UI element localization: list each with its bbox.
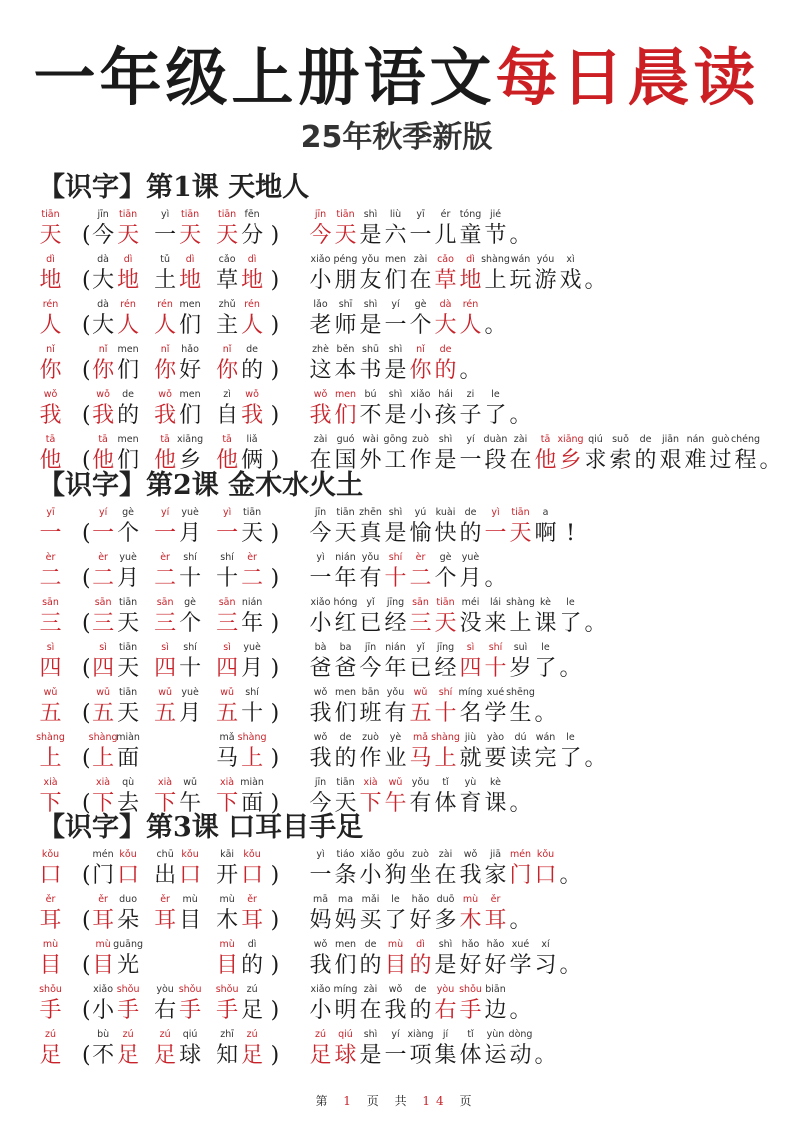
hanzi: 个 — [117, 520, 139, 548]
sentence-char: mù目 — [383, 938, 408, 980]
target-character: èr二 — [38, 551, 63, 593]
hanzi: 口 — [39, 862, 61, 890]
title-black: 一年级上册语文 — [33, 41, 495, 114]
hanzi: 名 — [459, 700, 481, 728]
pinyin: dì — [186, 253, 195, 267]
pinyin: shǒu — [39, 983, 62, 997]
pinyin: běn — [337, 343, 355, 357]
hanzi: 的 — [241, 357, 263, 385]
word-group: (wǔ五tiān天wǔ五yuè月wǔ五shí十) — [82, 686, 279, 728]
sentence-char: men们 — [333, 388, 358, 430]
pinyin: jīn — [97, 208, 108, 222]
pinyin: ěr — [160, 893, 170, 907]
pinyin: zú — [247, 983, 258, 997]
pinyin: wán — [536, 731, 556, 745]
sentence-char: zhēn真 — [358, 506, 383, 548]
pinyin: hǎo — [412, 893, 430, 907]
sentence-char: èr二 — [408, 551, 433, 593]
hanzi: 马 — [409, 745, 431, 773]
sentence-char: shì是 — [383, 343, 408, 385]
hanzi: 班 — [359, 700, 381, 728]
hanzi: 岁 — [509, 655, 531, 683]
hanzi: 了 — [534, 655, 556, 683]
hanzi: 上 — [92, 745, 114, 773]
sentence-char: dì地 — [458, 253, 483, 295]
pinyin: shì — [439, 433, 453, 447]
hanzi: 五 — [154, 700, 176, 728]
word-char: hǎo好 — [178, 343, 203, 385]
word-char: mù木 — [215, 893, 240, 935]
word-char: shàng上 — [91, 731, 116, 773]
pinyin: dà — [97, 253, 109, 267]
sentence-char: xiǎo小 — [308, 596, 333, 638]
word: nǐ你de的 — [215, 343, 271, 385]
pinyin: kè — [540, 596, 551, 610]
pinyin: mù — [219, 938, 234, 952]
sentence-char: yóu游 — [533, 253, 558, 295]
word — [153, 938, 209, 980]
word-char: yí一 — [153, 506, 178, 548]
sentence-char: 。 — [508, 983, 533, 1025]
sentence-char: yuè月 — [458, 551, 483, 593]
pinyin: dì — [416, 938, 425, 952]
sentence-char: xì戏 — [558, 253, 583, 295]
hanzi: 红 — [334, 610, 356, 638]
hanzi: 在 — [434, 862, 456, 890]
pinyin: shì — [364, 208, 378, 222]
pinyin: zuò — [412, 848, 429, 862]
word-char: yuè月 — [178, 686, 203, 728]
word: wǒ我de的 — [91, 388, 147, 430]
hanzi: 了 — [384, 907, 406, 935]
pinyin: kè — [490, 776, 501, 790]
hanzi: 天 — [509, 520, 531, 548]
pinyin: ba — [340, 641, 352, 655]
hanzi: 三 — [216, 610, 238, 638]
pinyin: zú — [315, 1028, 326, 1042]
pinyin: men — [180, 298, 201, 312]
word-char: shàng上 — [240, 731, 265, 773]
word-char: dà大 — [91, 298, 116, 340]
parenthesis: ) — [271, 893, 280, 935]
pinyin: kāi — [220, 848, 234, 862]
pinyin: biān — [485, 983, 506, 997]
pinyin: yí — [161, 506, 169, 520]
pinyin: jīng — [387, 596, 404, 610]
pinyin: duō — [437, 893, 455, 907]
word-char: sān三 — [215, 596, 240, 638]
pinyin: mǎ — [220, 731, 235, 745]
example-sentence: zú足qiú球shì是yí一xiàng项jí集tǐ体yùn运dòng动。 — [308, 1028, 558, 1070]
sentence-char: jīng经 — [433, 641, 458, 683]
target-character: sān三 — [38, 596, 63, 638]
hanzi: 四 — [216, 655, 238, 683]
sentence-char: 。 — [558, 938, 583, 980]
hanzi: 生 — [509, 700, 531, 728]
hanzi: 四 — [459, 655, 481, 683]
sentence-char: mén门 — [508, 848, 533, 890]
pinyin: wài — [362, 433, 378, 447]
pinyin: shì — [364, 298, 378, 312]
hanzi: 一 — [484, 520, 506, 548]
pinyin: tiān — [243, 506, 261, 520]
sentence-char: sì四 — [458, 641, 483, 683]
word: yí一gè个 — [91, 506, 147, 548]
pinyin: zuò — [412, 433, 429, 447]
hanzi: 作 — [359, 745, 381, 773]
pinyin: tiān — [218, 208, 236, 222]
sentence-char: wǒ我 — [458, 848, 483, 890]
pinyin: tǐ — [467, 1028, 473, 1042]
pinyin: zú — [247, 1028, 258, 1042]
hanzi: 手 — [459, 997, 481, 1025]
sentence-char: jīn今 — [308, 506, 333, 548]
pinyin: dòng — [509, 1028, 533, 1042]
sentence-char: tiáo条 — [333, 848, 358, 890]
pinyin: shì — [364, 1028, 378, 1042]
pinyin: shū — [362, 343, 379, 357]
hanzi: 好 — [179, 357, 201, 385]
pinyin: nǐ — [46, 343, 55, 357]
sentence-char: wǒ我 — [383, 983, 408, 1025]
sentence-char: yǒu友 — [358, 253, 383, 295]
sentence-char: yí一 — [383, 1028, 408, 1070]
sentence-char: jīn今 — [308, 208, 333, 250]
hanzi: 。 — [509, 997, 531, 1025]
hanzi: 是 — [359, 312, 381, 340]
sentence-char: jí集 — [433, 1028, 458, 1070]
pinyin: wǒ — [158, 388, 172, 402]
target-character: mù目 — [38, 938, 63, 980]
pinyin: èr — [98, 551, 108, 565]
sentence-char: méi没 — [458, 596, 483, 638]
hanzi: 学 — [509, 952, 531, 980]
hanzi: 家 — [484, 862, 506, 890]
word: mù目guāng光 — [91, 938, 147, 980]
sentence-char: tiān天 — [333, 506, 358, 548]
sentence-char: wán玩 — [508, 253, 533, 295]
hanzi: 我 — [92, 402, 114, 430]
word-char: sān三 — [91, 596, 116, 638]
hanzi: 五 — [216, 700, 238, 728]
word: wǔ五yuè月 — [153, 686, 209, 728]
target-char: rén人 — [38, 298, 63, 340]
pinyin: tā — [160, 433, 170, 447]
example-sentence: jīn今tiān天zhēn真shì是yú愉kuài快de的yì一tiān天a啊! — [308, 506, 583, 548]
parenthesis: ( — [82, 298, 91, 340]
word-group: (nǐ你men们nǐ你hǎo好nǐ你de的) — [82, 343, 279, 385]
pinyin: kǒu — [181, 848, 198, 862]
word-char: zú足 — [116, 1028, 141, 1070]
sentence-char: ma妈 — [333, 893, 358, 935]
hanzi: 人 — [39, 312, 61, 340]
parenthesis: ) — [271, 253, 280, 295]
character-row: shàng上(shàng上miàn面mǎ马shàng上)wǒ我de的zuò作yè… — [38, 731, 778, 776]
word-char: tiān天 — [116, 596, 141, 638]
word-char: tiān天 — [178, 208, 203, 250]
hanzi: 分 — [241, 222, 263, 250]
sentence-char: nián年 — [383, 641, 408, 683]
word-char: yuè月 — [240, 641, 265, 683]
sentence-char: duō多 — [433, 893, 458, 935]
pinyin: yòu — [156, 983, 173, 997]
hanzi: 人 — [459, 312, 481, 340]
word: shǒu手zú足 — [215, 983, 271, 1025]
sentence-char: shì是 — [358, 1028, 383, 1070]
pinyin: shí — [220, 551, 234, 565]
hanzi: 十 — [434, 700, 456, 728]
pinyin: xiǎo — [311, 253, 331, 267]
sentence-char: xiǎo小 — [308, 983, 333, 1025]
hanzi: 一 — [92, 520, 114, 548]
pinyin: shàng — [89, 731, 118, 745]
sentence-char: yǐ已 — [408, 641, 433, 683]
pinyin: mù — [43, 938, 58, 952]
hanzi: 今 — [309, 520, 331, 548]
word-char: sì四 — [91, 641, 116, 683]
hanzi: 我 — [384, 997, 406, 1025]
pinyin: zài — [314, 433, 327, 447]
sentence-char: shàng上 — [433, 731, 458, 773]
sentence-char: shū书 — [358, 343, 383, 385]
pinyin: xì — [566, 253, 574, 267]
sentence-char: yǒu有 — [358, 551, 383, 593]
hanzi: 草 — [216, 267, 238, 295]
target-char: sān三 — [38, 596, 63, 638]
pinyin: hǎo — [181, 343, 199, 357]
pinyin: tiān — [119, 686, 137, 700]
sentence-char: 。 — [558, 641, 583, 683]
hanzi: 书 — [359, 357, 381, 385]
pinyin: zài — [439, 848, 452, 862]
pinyin: xiāng — [177, 433, 203, 447]
hanzi: 我 — [241, 402, 263, 430]
pinyin: yuè — [462, 551, 480, 565]
hanzi: 们 — [334, 700, 356, 728]
footer-mid: 页 共 — [367, 1094, 413, 1108]
pinyin: gè — [415, 298, 427, 312]
word-group: (ěr耳duo朵ěr耳mù目mù木ěr耳) — [82, 893, 279, 935]
word-char: mù目 — [215, 938, 240, 980]
hanzi: 了 — [559, 610, 581, 638]
pinyin: tiān — [181, 208, 199, 222]
word-char: wǒ我 — [240, 388, 265, 430]
hanzi: 。 — [559, 862, 581, 890]
word-char: zhǔ主 — [215, 298, 240, 340]
hanzi: 月 — [241, 655, 263, 683]
lesson-heading: 【识字】第2课 金木水火土 — [38, 466, 778, 506]
sentence-char: wán完 — [533, 731, 558, 773]
pinyin: xiàng — [407, 1028, 433, 1042]
pinyin: le — [566, 731, 574, 745]
hanzi: 你 — [409, 357, 431, 385]
pinyin: yù — [465, 776, 477, 790]
target-character: sì四 — [38, 641, 63, 683]
hanzi: 戏 — [559, 267, 581, 295]
hanzi: 一 — [409, 222, 431, 250]
sentence-char: xiǎo小 — [308, 253, 333, 295]
hanzi: 面 — [117, 745, 139, 773]
pinyin: qiú — [588, 433, 603, 447]
pinyin: dì — [466, 253, 475, 267]
total-pages: 14 — [422, 1094, 449, 1108]
hanzi: 有 — [359, 565, 381, 593]
hanzi: 。 — [584, 267, 606, 295]
word: sì四tiān天 — [91, 641, 147, 683]
pinyin: yí — [466, 433, 474, 447]
hanzi: 们 — [384, 267, 406, 295]
hanzi: 已 — [409, 655, 431, 683]
word-group: (bù不zú足zú足qiú球zhī知zú足) — [82, 1028, 279, 1070]
pinyin: shí — [183, 551, 197, 565]
pinyin: wǒ — [389, 983, 403, 997]
word-char: shí十 — [178, 551, 203, 593]
hanzi: 。 — [509, 222, 531, 250]
pinyin: kǒu — [243, 848, 260, 862]
parenthesis: ( — [82, 596, 91, 638]
hanzi: 天 — [179, 222, 201, 250]
hanzi: 游 — [534, 267, 556, 295]
sentence-char: hǎo好 — [408, 893, 433, 935]
pinyin: de — [440, 343, 452, 357]
hanzi: 完 — [534, 745, 556, 773]
pinyin: qiú — [338, 1028, 353, 1042]
pinyin: men — [118, 433, 139, 447]
hanzi: 三 — [154, 610, 176, 638]
sentence-char: shì是 — [358, 298, 383, 340]
sentence-char: le了 — [558, 731, 583, 773]
sentence-char: zuò坐 — [408, 848, 433, 890]
parenthesis: ) — [271, 596, 280, 638]
hanzi: 不 — [359, 402, 381, 430]
word-char: bù不 — [91, 1028, 116, 1070]
hanzi: 五 — [39, 700, 61, 728]
sentence-char: jié节 — [483, 208, 508, 250]
hanzi: 三 — [92, 610, 114, 638]
sentence-char: yí一 — [383, 298, 408, 340]
pinyin: shàng — [238, 731, 267, 745]
word-char: tiān天 — [240, 506, 265, 548]
hanzi: 口 — [117, 862, 139, 890]
word: shàng上miàn面 — [91, 731, 147, 773]
word: chū出kǒu口 — [153, 848, 209, 890]
page-footer: 第 1 页 共 14 页 — [0, 1092, 793, 1109]
hanzi: 今 — [92, 222, 114, 250]
example-sentence: mā妈ma妈mǎi买le了hǎo好duō多mù木ěr耳。 — [308, 893, 533, 935]
word: sì四yuè月 — [215, 641, 271, 683]
hanzi: 十 — [384, 565, 406, 593]
hanzi: 儿 — [434, 222, 456, 250]
sentence-char: men们 — [333, 686, 358, 728]
word-char: kǒu口 — [240, 848, 265, 890]
word-char: miàn面 — [116, 731, 141, 773]
word: mù木ěr耳 — [215, 893, 271, 935]
pinyin: kǒu — [537, 848, 554, 862]
sentence-char: dà大 — [433, 298, 458, 340]
sentence-char: 。 — [508, 388, 533, 430]
pinyin: wǒ — [464, 848, 478, 862]
hanzi: 开 — [216, 862, 238, 890]
hanzi: 子 — [459, 402, 481, 430]
hanzi: 。 — [509, 402, 531, 430]
word-char: èr二 — [91, 551, 116, 593]
hanzi: 今 — [359, 655, 381, 683]
hanzi: 。 — [484, 312, 506, 340]
example-sentence: wǒ我men们de的mù目dì的shì是hǎo好hǎo好xué学xí习。 — [308, 938, 583, 980]
page-subtitle: 25年秋季新版 — [0, 118, 793, 158]
hanzi: 你 — [92, 357, 114, 385]
pinyin: tiān — [336, 208, 354, 222]
sentence-char: jīn今 — [358, 641, 383, 683]
word: dà大rén人 — [91, 298, 147, 340]
sentence-char: le了 — [383, 893, 408, 935]
word: sān三nián年 — [215, 596, 271, 638]
sentence-char: xué学 — [483, 686, 508, 728]
sentence-char: lǎo老 — [308, 298, 333, 340]
hanzi: 出 — [154, 862, 176, 890]
word-group: (yí一gè个yí一yuè月yì一tiān天) — [82, 506, 279, 548]
hanzi: 小 — [309, 997, 331, 1025]
lesson-section-2: 【识字】第2课 金木水火土yī一(yí一gè个yí一yuè月yì一tiān天)j… — [38, 466, 778, 821]
hanzi: 你 — [154, 357, 176, 385]
pinyin: shǒu — [459, 983, 482, 997]
pinyin: mén — [93, 848, 114, 862]
word-char: wǒ我 — [91, 388, 116, 430]
hanzi: 爸 — [309, 655, 331, 683]
pinyin: wǔ — [414, 686, 428, 700]
pinyin: nǐ — [223, 343, 232, 357]
hanzi: 天 — [117, 700, 139, 728]
sentence-char: yǒu有 — [383, 686, 408, 728]
hanzi: 十 — [179, 655, 201, 683]
hanzi: 狗 — [384, 862, 406, 890]
sentence-char: dú读 — [508, 731, 533, 773]
hanzi: 你 — [39, 357, 61, 385]
pinyin: xiǎo — [411, 388, 431, 402]
pinyin: tiān — [511, 506, 529, 520]
hanzi: 三 — [39, 610, 61, 638]
target-char: ěr耳 — [38, 893, 63, 935]
pinyin: míng — [459, 686, 483, 700]
word-char: mǎ马 — [215, 731, 240, 773]
hanzi: 有 — [384, 700, 406, 728]
example-sentence: xiǎo小míng明zài在wǒ我de的yòu右shǒu手biān边。 — [308, 983, 533, 1025]
hanzi: 月 — [179, 520, 201, 548]
sentence-char: tiān天 — [433, 596, 458, 638]
sentence-char: hái孩 — [433, 388, 458, 430]
word-char: ěr耳 — [240, 893, 265, 935]
word-group: (dà大rén人rén人men们zhǔ主rén人) — [82, 298, 279, 340]
word: nǐ你men们 — [91, 343, 147, 385]
sentence-char: yào要 — [483, 731, 508, 773]
pinyin: suǒ — [612, 433, 629, 447]
hanzi: 已 — [359, 610, 381, 638]
sentence-char: lái来 — [483, 596, 508, 638]
sentence-char: ěr耳 — [483, 893, 508, 935]
word-char: ěr耳 — [91, 893, 116, 935]
pinyin: ěr — [491, 893, 501, 907]
pinyin: zài — [364, 983, 377, 997]
word — [153, 731, 209, 773]
hanzi: 耳 — [484, 907, 506, 935]
sentence-char: kǒu口 — [533, 848, 558, 890]
hanzi: 不 — [92, 1042, 114, 1070]
pinyin: duàn — [484, 433, 508, 447]
pinyin: lái — [490, 596, 501, 610]
word-char: mù目 — [91, 938, 116, 980]
hanzi: 啊 — [534, 520, 556, 548]
hanzi: 门 — [92, 862, 114, 890]
